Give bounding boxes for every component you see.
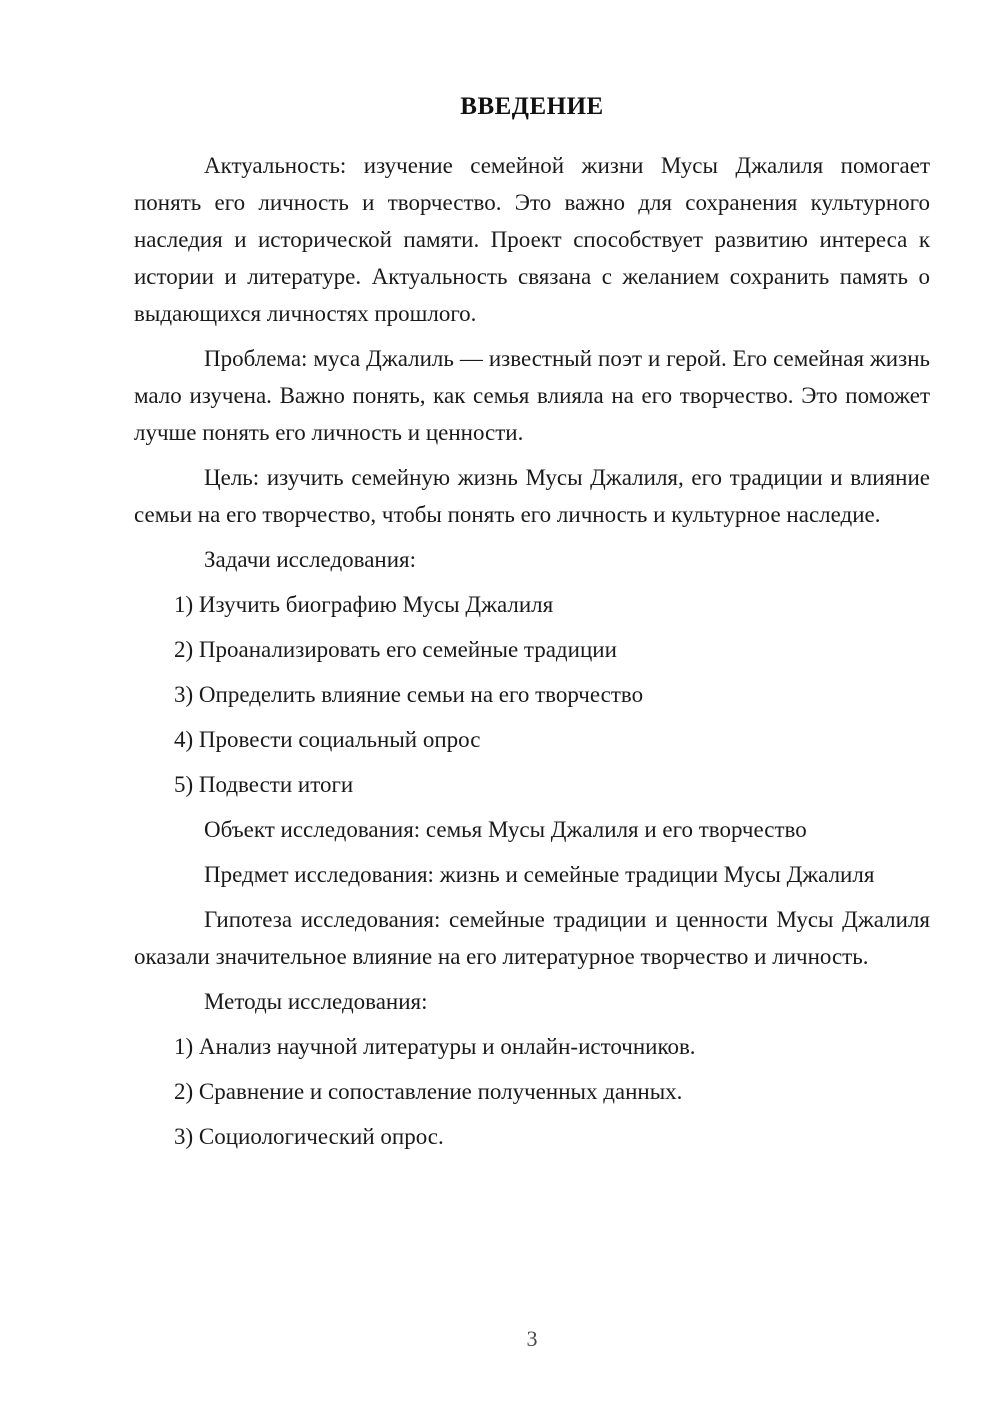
task-item: 2) Проанализировать его семейные традици… [134, 631, 930, 668]
task-item: 3) Определить влияние семьи на его творч… [134, 676, 930, 713]
page-title: ВВЕДЕНИЕ [134, 92, 930, 122]
object-line: Объект исследования: семья Мусы Джалиля … [134, 811, 930, 848]
document-content: ВВЕДЕНИЕ Актуальность: изучение семейной… [134, 92, 930, 1163]
paragraph-problem: Проблема: муса Джалиль — известный поэт … [134, 340, 930, 451]
subject-line: Предмет исследования: жизнь и семейные т… [134, 856, 930, 893]
paragraph-goal: Цель: изучить семейную жизнь Мусы Джалил… [134, 459, 930, 533]
document-page: ВВЕДЕНИЕ Актуальность: изучение семейной… [0, 0, 1000, 1414]
methods-heading: Методы исследования: [134, 983, 930, 1020]
paragraph-hypothesis: Гипотеза исследования: семейные традиции… [134, 901, 930, 975]
task-item: 4) Провести социальный опрос [134, 721, 930, 758]
method-item: 1) Анализ научной литературы и онлайн-ис… [134, 1028, 930, 1065]
paragraph-actuality: Актуальность: изучение семейной жизни Му… [134, 147, 930, 332]
task-item: 5) Подвести итоги [134, 766, 930, 803]
task-item: 1) Изучить биографию Мусы Джалиля [134, 586, 930, 623]
page-number: 3 [134, 1326, 930, 1352]
method-item: 2) Сравнение и сопоставление полученных … [134, 1073, 930, 1110]
tasks-heading: Задачи исследования: [134, 541, 930, 578]
method-item: 3) Социологический опрос. [134, 1118, 930, 1155]
